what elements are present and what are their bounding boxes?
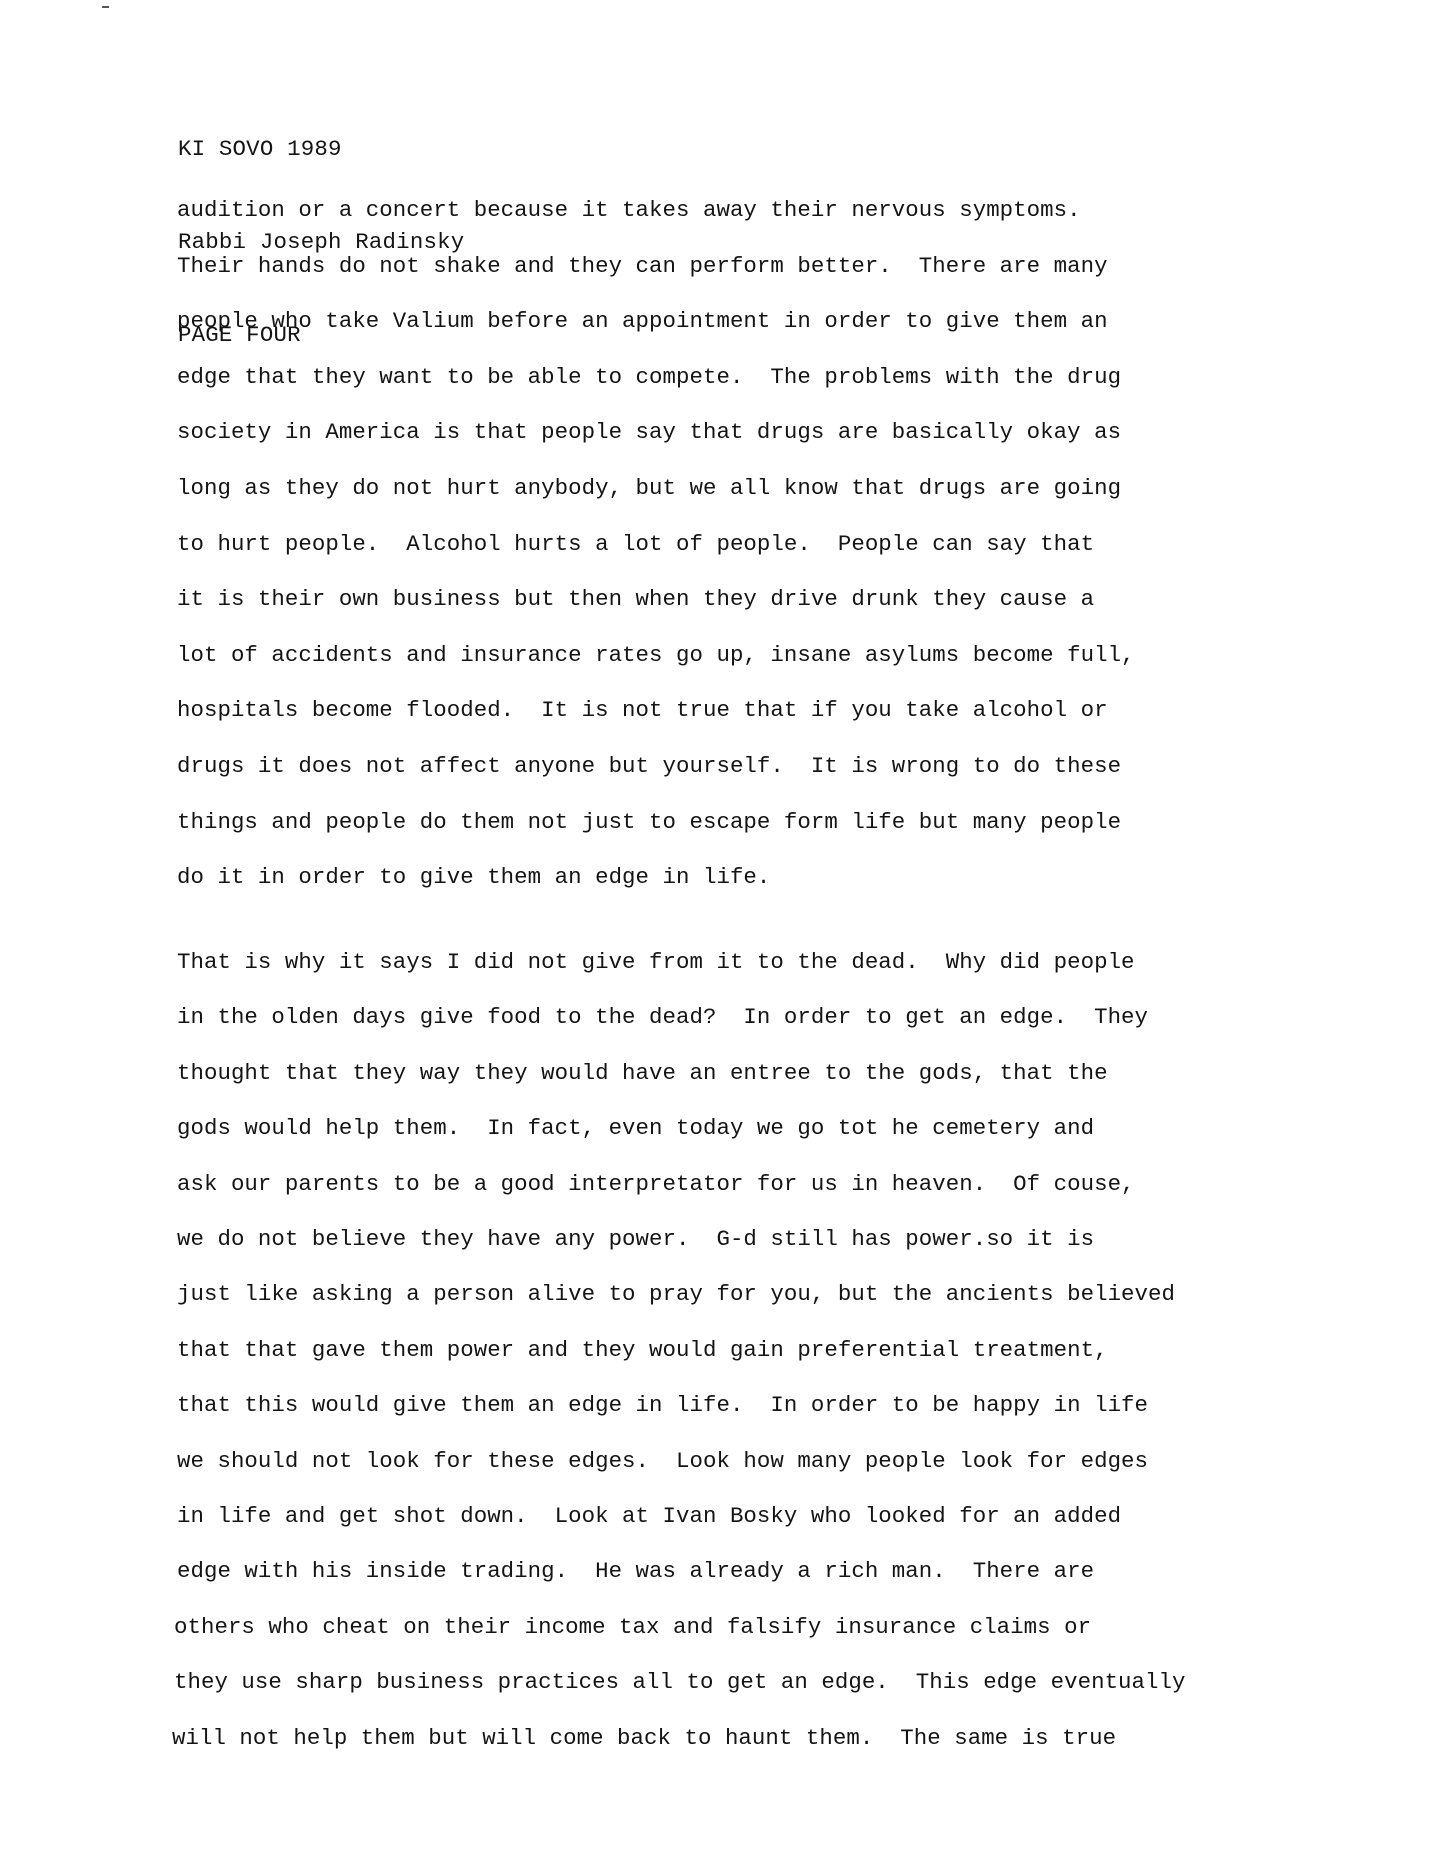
paragraph-2: That is why it says I did not give from … <box>177 935 1189 1766</box>
text-line: That is why it says I did not give from … <box>177 935 1189 990</box>
text-line: ask our parents to be a good interpretat… <box>177 1157 1189 1212</box>
text-line: things and people do them not just to es… <box>177 795 1135 851</box>
text-line: they use sharp business practices all to… <box>174 1655 1186 1710</box>
text-line: people who take Valium before an appoint… <box>177 294 1135 350</box>
text-line: long as they do not hurt anybody, but we… <box>177 461 1135 517</box>
text-line: society in America is that people say th… <box>177 405 1135 461</box>
text-line: edge that they want to be able to compet… <box>177 350 1135 406</box>
text-line: hospitals become flooded. It is not true… <box>177 683 1135 739</box>
text-line: audition or a concert because it takes a… <box>177 183 1135 239</box>
text-line: gods would help them. In fact, even toda… <box>177 1101 1189 1156</box>
text-line: in life and get shot down. Look at Ivan … <box>177 1489 1189 1544</box>
text-line: drugs it does not affect anyone but your… <box>177 739 1135 795</box>
text-line: to hurt people. Alcohol hurts a lot of p… <box>177 517 1135 573</box>
scan-artifact-mark <box>102 6 109 8</box>
text-line: in the olden days give food to the dead?… <box>177 990 1189 1045</box>
text-line: that this would give them an edge in lif… <box>177 1378 1189 1433</box>
text-line: Their hands do not shake and they can pe… <box>177 239 1135 295</box>
text-line: others who cheat on their income tax and… <box>174 1600 1186 1655</box>
text-line: will not help them but will come back to… <box>172 1711 1184 1766</box>
text-line: lot of accidents and insurance rates go … <box>177 628 1135 684</box>
document-title: KI SOVO 1989 <box>178 134 464 165</box>
text-line: thought that they way they would have an… <box>177 1046 1189 1101</box>
text-line: it is their own business but then when t… <box>177 572 1135 628</box>
paragraph-1: audition or a concert because it takes a… <box>177 183 1135 906</box>
text-line: do it in order to give them an edge in l… <box>177 850 1135 906</box>
text-line: we do not believe they have any power. G… <box>177 1212 1189 1267</box>
text-line: edge with his inside trading. He was alr… <box>177 1544 1189 1599</box>
text-line: that that gave them power and they would… <box>177 1323 1189 1378</box>
text-line: just like asking a person alive to pray … <box>177 1267 1189 1322</box>
text-line: we should not look for these edges. Look… <box>177 1434 1189 1489</box>
